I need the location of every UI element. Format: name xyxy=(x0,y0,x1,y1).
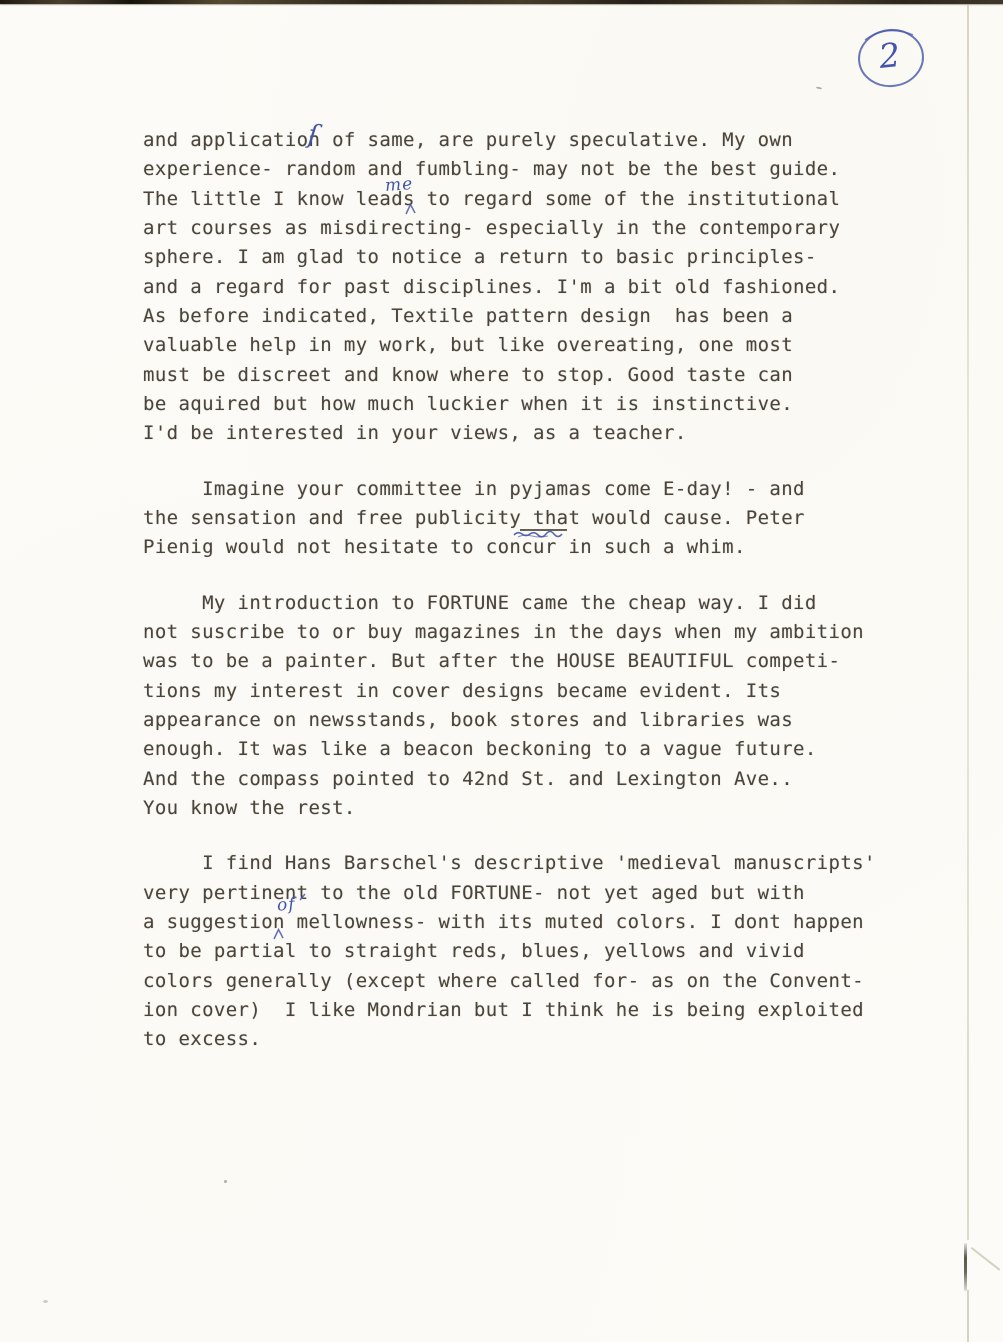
handwritten-page-number: 2 xyxy=(853,22,929,92)
typed-line: must be discreet and know where to stop.… xyxy=(143,361,876,390)
typed-line: Pienig would not hesitate to concur in s… xyxy=(143,533,876,562)
typed-text-body: and application of same, are purely spec… xyxy=(143,126,876,1055)
paper-speck xyxy=(224,1180,227,1183)
typed-line: was to be a painter. But after the HOUSE… xyxy=(143,647,876,676)
typed-line: I'd be interested in your views, as a te… xyxy=(143,419,876,448)
scan-edge-artifact xyxy=(0,0,1003,4)
typed-line: As before indicated, Textile pattern des… xyxy=(143,302,876,331)
paper-speck xyxy=(43,1300,48,1303)
page-number-digit: 2 xyxy=(877,35,902,76)
blue-underline-squiggle-icon xyxy=(512,530,570,540)
typed-line: valuable help in my work, but like overe… xyxy=(143,331,876,360)
insertion-word-of: of xyxy=(276,894,296,915)
paper-speck xyxy=(816,86,822,89)
typewritten-letter-page: and application of same, are purely spec… xyxy=(0,0,1003,1342)
typed-line: experience- random and fumbling- may not… xyxy=(143,155,876,184)
caret-icon xyxy=(404,203,417,215)
typed-line xyxy=(143,449,876,475)
typed-line: appearance on newsstands, book stores an… xyxy=(143,706,876,735)
typed-line: You know the rest. xyxy=(143,794,876,823)
typed-line: to be partial to straight reds, blues, y… xyxy=(143,937,876,966)
typed-line: and application of same, are purely spec… xyxy=(143,126,876,155)
scan-edge-artifact xyxy=(964,1243,967,1291)
typed-line: the sensation and free publicity that wo… xyxy=(143,504,876,533)
typed-line: sphere. I am glad to notice a return to … xyxy=(143,243,876,272)
typed-line: not suscribe to or buy magazines in the … xyxy=(143,618,876,647)
typed-line: The little I know leads to regard some o… xyxy=(143,185,876,214)
typed-line: Imagine your committee in pyjamas come E… xyxy=(143,475,876,504)
typed-line: My introduction to FORTUNE came the chea… xyxy=(143,589,876,618)
typed-line: a suggestion mellowness- with its muted … xyxy=(143,908,876,937)
scan-edge-artifact xyxy=(967,1290,969,1342)
typed-line: very pertinent to the old FORTUNE- not y… xyxy=(143,879,876,908)
typed-line xyxy=(143,823,876,849)
scan-edge-artifact xyxy=(971,1247,1001,1271)
typed-line: tions my interest in cover designs becam… xyxy=(143,677,876,706)
typed-line: art courses as misdirecting- especially … xyxy=(143,214,876,243)
typed-line: colors generally (except where called fo… xyxy=(143,967,876,996)
typed-line: enough. It was like a beacon beckoning t… xyxy=(143,735,876,764)
typed-line: to excess. xyxy=(143,1025,876,1054)
typed-line: And the compass pointed to 42nd St. and … xyxy=(143,765,876,794)
paper-crease-line xyxy=(967,5,969,1240)
typed-line: ion cover) I like Mondrian but I think h… xyxy=(143,996,876,1025)
typed-line: I find Hans Barschel's descriptive 'medi… xyxy=(143,849,876,878)
typed-line: be aquired but how much luckier when it … xyxy=(143,390,876,419)
insertion-word-me: me xyxy=(384,174,414,196)
typed-line: and a regard for past disciplines. I'm a… xyxy=(143,273,876,302)
typed-line xyxy=(143,563,876,589)
pen-tick-icon xyxy=(299,893,307,901)
caret-icon xyxy=(272,928,285,940)
